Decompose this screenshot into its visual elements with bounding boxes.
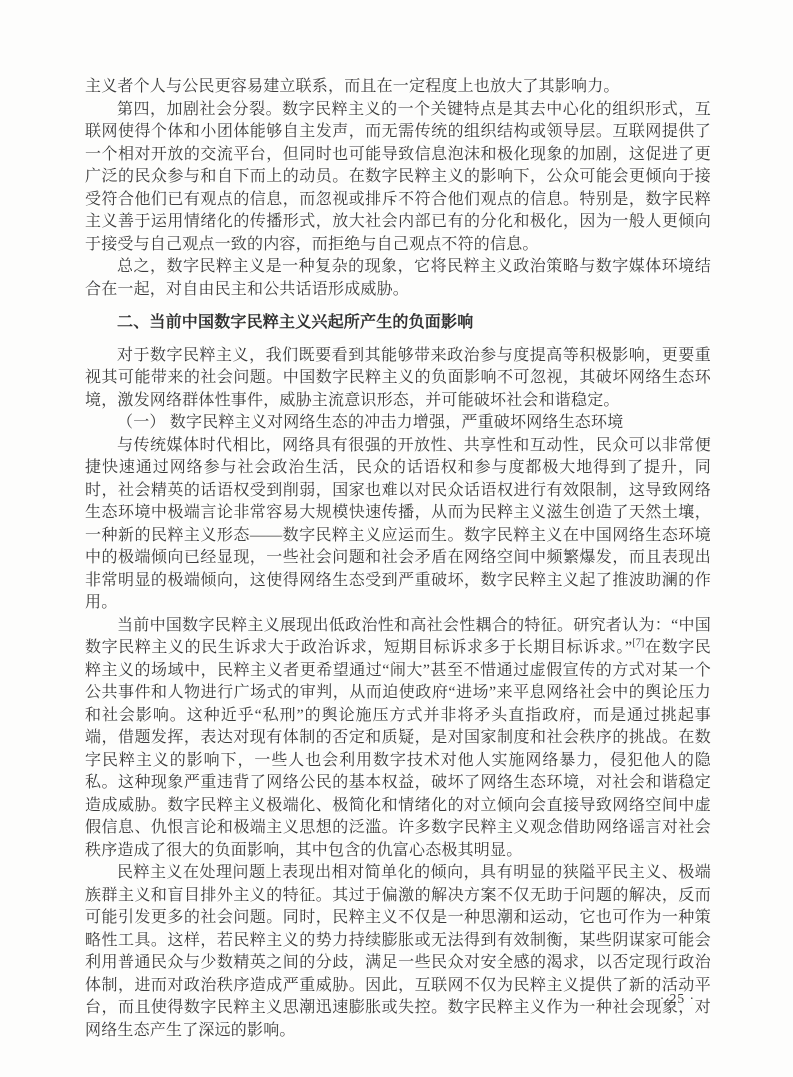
paragraph-section-intro: 对于数字民粹主义，我们既要看到其能够带来政治参与度提高等积极影响，更要重视其可能… — [85, 345, 711, 413]
sub-heading-network-ecology: （一） 数字民粹主义对网络生态的冲击力增强，严重破坏网络生态环境 — [85, 412, 711, 435]
paragraph-network-ecology: 与传统媒体时代相比，网络具有很强的开放性、共享性和互动性，民众可以非常便捷快速通… — [85, 435, 711, 615]
document-page: 主义者个人与公民更容易建立联系，而且在一定程度上也放大了其影响力。 第四，加剧社… — [0, 0, 793, 1077]
footnote-reference-7: [7] — [632, 638, 644, 649]
paragraph-populism-traits: 民粹主义在处理问题上表现出相对简单化的倾向，具有明显的狭隘平民主义、极端族群主义… — [85, 862, 711, 1042]
page-number: · 25 · — [660, 991, 695, 1007]
paragraph-current-china-text-2: 在数字民粹主义的场域中，民粹主义者更希望通过“闹大”甚至不惜通过虚假宣传的方式对… — [85, 639, 711, 859]
paragraph-fourth-point: 第四，加剧社会分裂。数字民粹主义的一个关键特点是其去中心化的组织形式，互联网使得… — [85, 99, 711, 257]
paragraph-summary: 总之，数字民粹主义是一种复杂的现象，它将民粹主义政治策略与数字媒体环境结合在一起… — [85, 256, 711, 301]
section-heading-negative-impacts: 二、当前中国数字民粹主义兴起所产生的负面影响 — [85, 312, 711, 335]
paragraph-continuation: 主义者个人与公民更容易建立联系，而且在一定程度上也放大了其影响力。 — [85, 76, 711, 99]
paragraph-current-china-text-1: 当前中国数字民粹主义展现出低政治性和高社会性耦合的特征。研究者认为：“中国数字民… — [85, 617, 711, 657]
body-text: 主义者个人与公民更容易建立联系，而且在一定程度上也放大了其影响力。 第四，加剧社… — [85, 76, 711, 1042]
paragraph-current-china: 当前中国数字民粹主义展现出低政治性和高社会性耦合的特征。研究者认为：“中国数字民… — [85, 615, 711, 863]
